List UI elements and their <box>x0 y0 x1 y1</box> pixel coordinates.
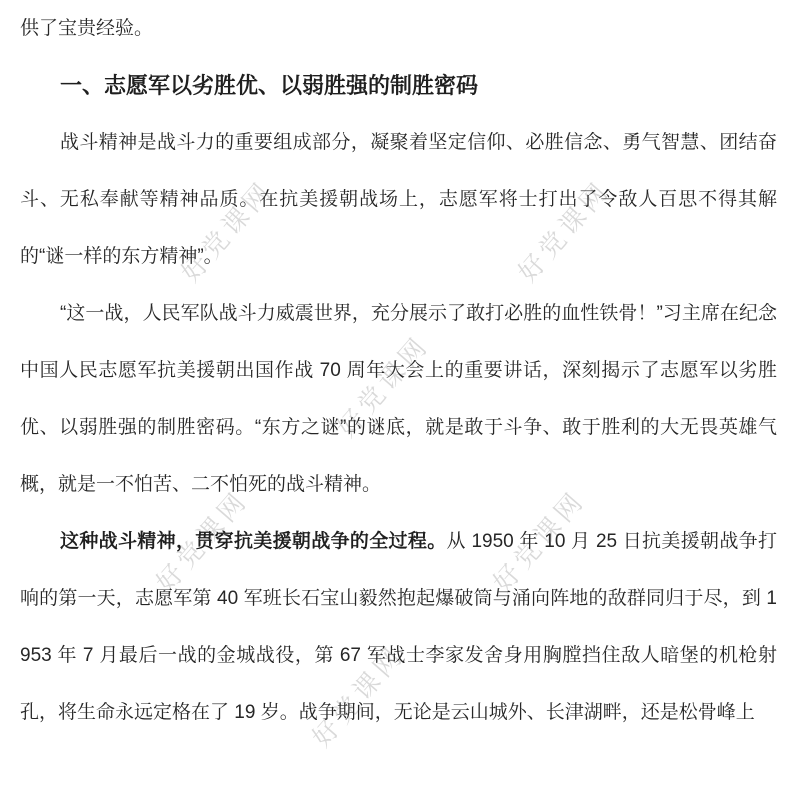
previous-paragraph-tail: 供了宝贵经验。 <box>20 0 777 57</box>
paragraph-fighting-spirit: 战斗精神是战斗力的重要组成部分，凝聚着坚定信仰、必胜信念、勇气智慧、团结奋斗、无… <box>20 114 777 285</box>
paragraph-bold-lead: 这种战斗精神，贯穿抗美援朝战争的全过程。 <box>60 531 447 552</box>
section-heading: 一、志愿军以劣胜优、以弱胜强的制胜密码 <box>20 57 777 114</box>
document-page: 好党课网 好党课网 好党课网 好党课网 好党课网 好党课网 供了宝贵经验。 一、… <box>0 0 800 800</box>
document-content: 供了宝贵经验。 一、志愿军以劣胜优、以弱胜强的制胜密码 战斗精神是战斗力的重要组… <box>0 0 800 741</box>
paragraph-body-text: 从 1950 年 10 月 25 日抗美援朝战争打响的第一天，志愿军第 40 军… <box>20 531 777 723</box>
paragraph-xi-speech-quote: “这一战，人民军队战斗力威震世界，充分展示了敢打必胜的血性铁骨！”习主席在纪念中… <box>20 285 777 513</box>
paragraph-war-timeline: 这种战斗精神，贯穿抗美援朝战争的全过程。从 1950 年 10 月 25 日抗美… <box>20 513 777 741</box>
